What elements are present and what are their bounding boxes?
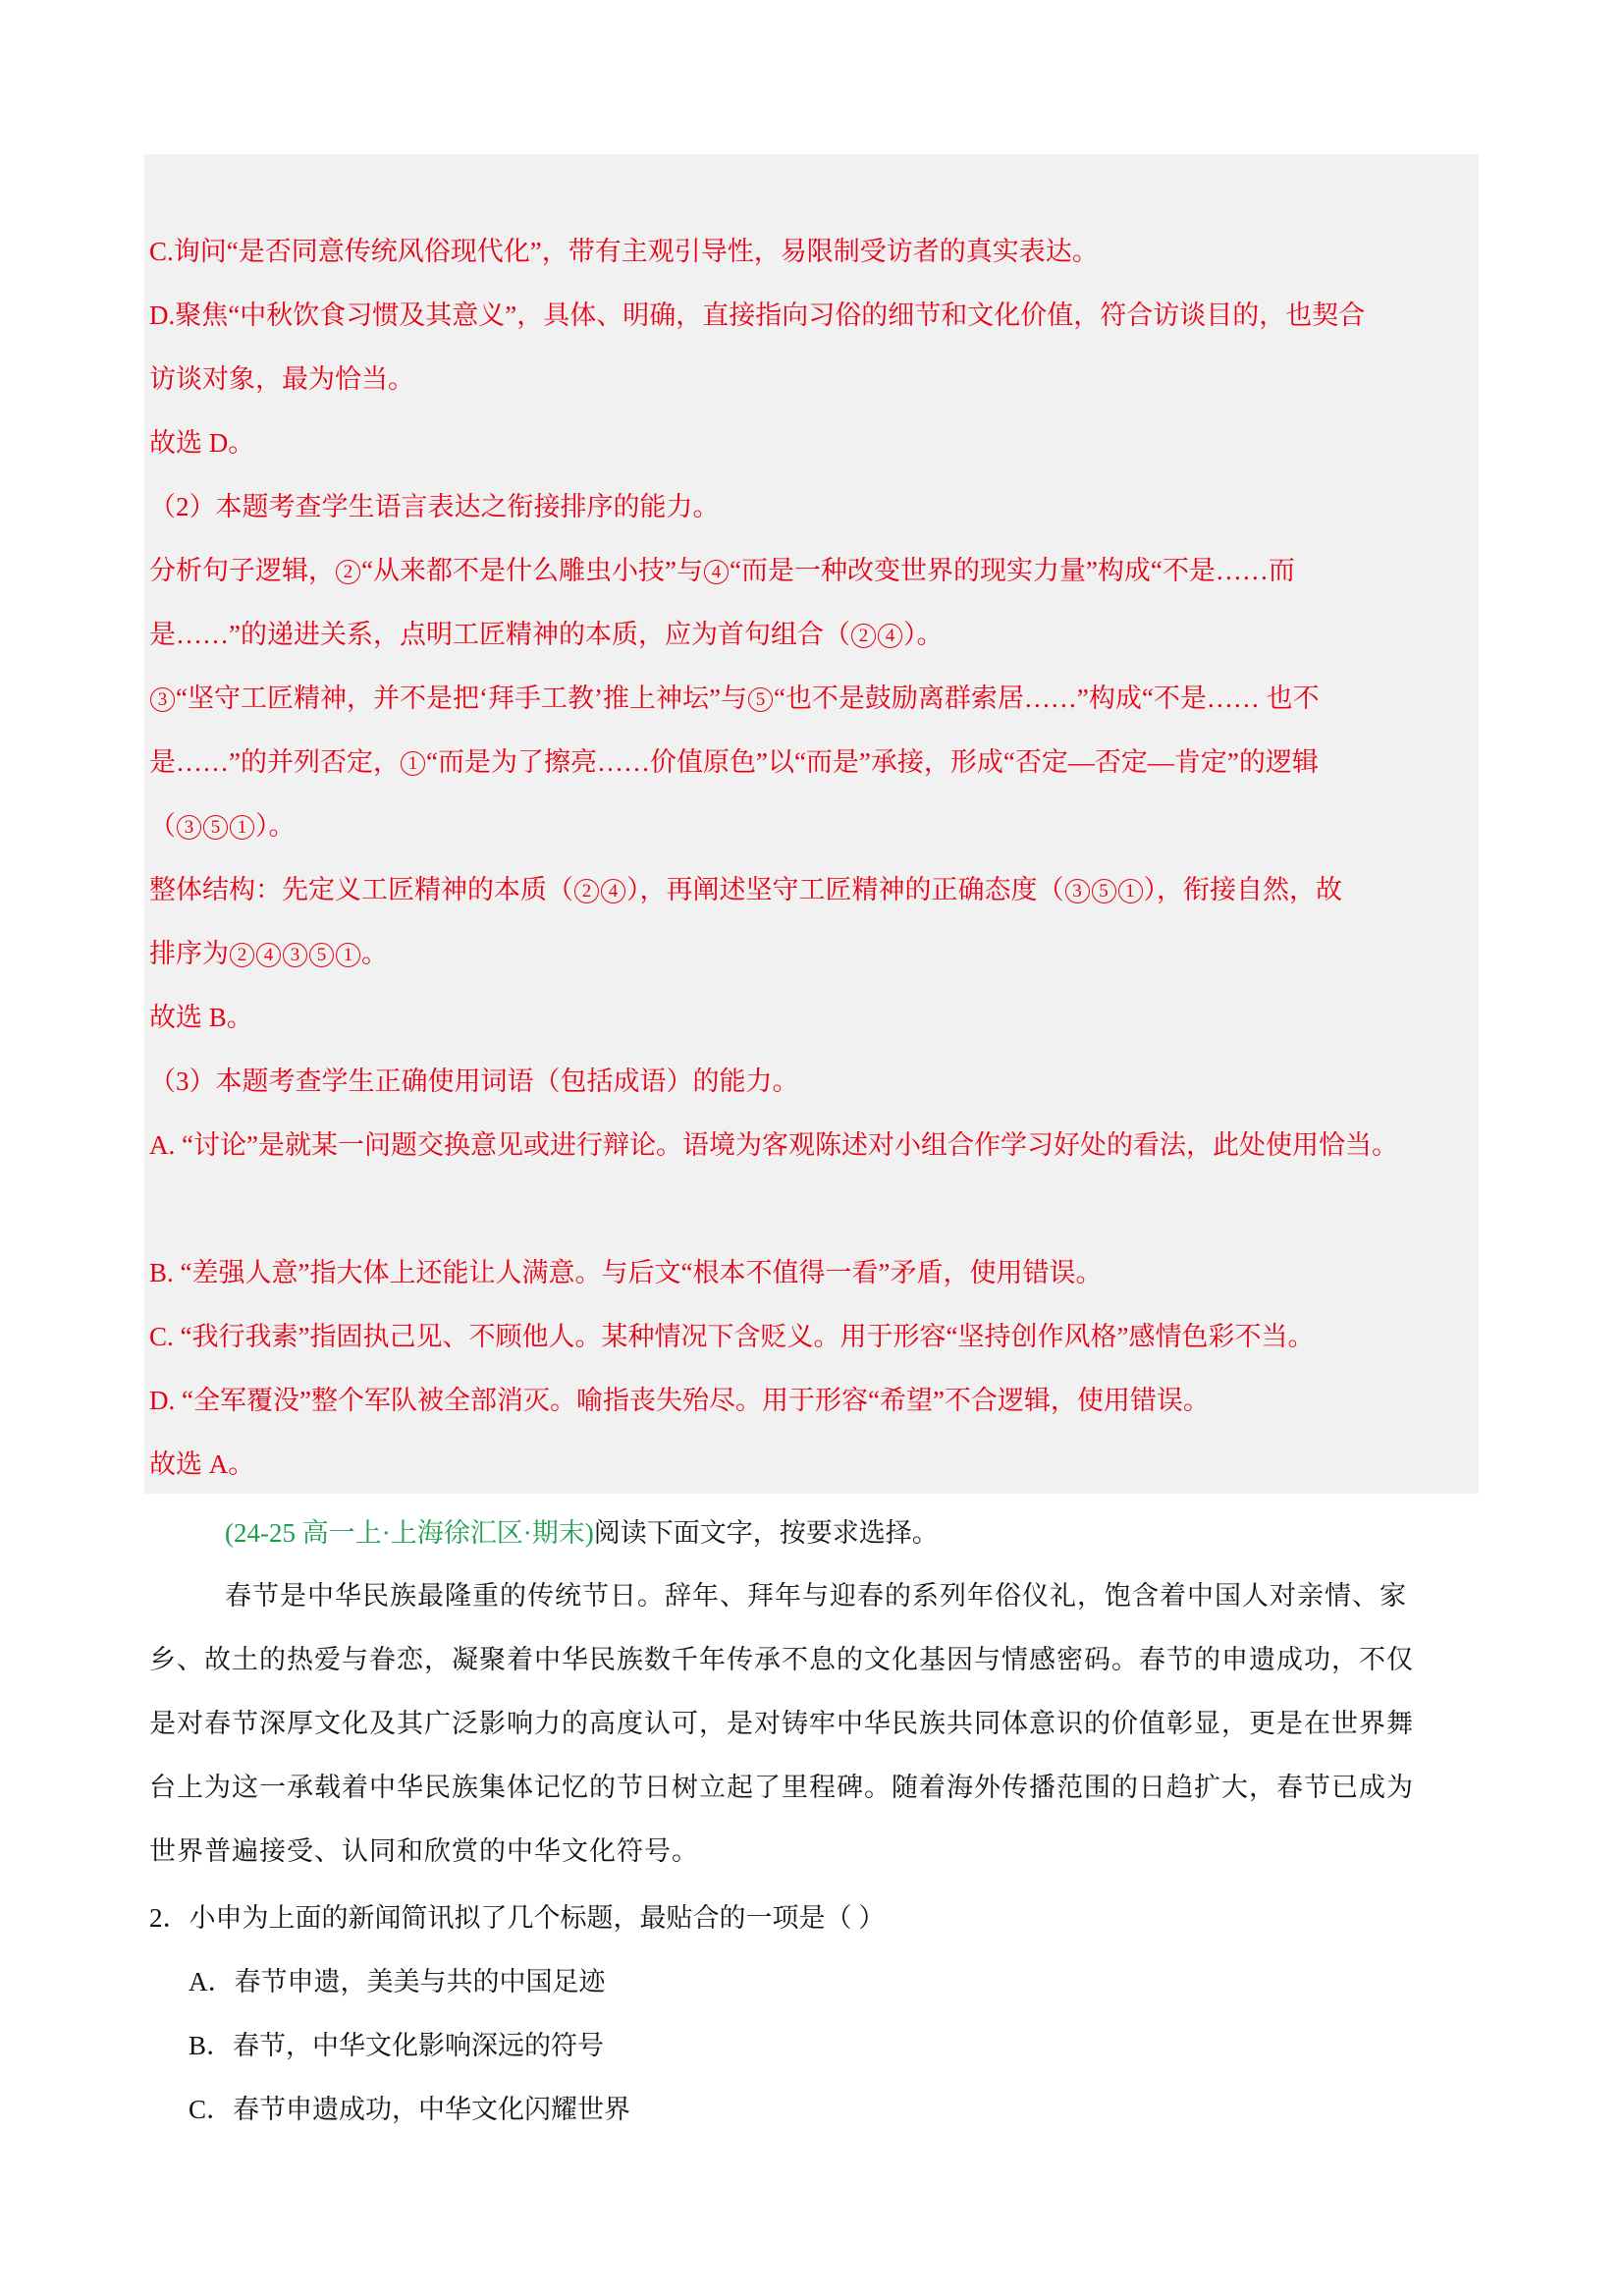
q3-heading: （3）本题考查学生正确使用词语（包括成语）的能力。 bbox=[149, 1064, 799, 1099]
circled-number-5: 5 bbox=[309, 943, 334, 967]
text: 排序为 bbox=[149, 939, 229, 968]
q2-para2-line3: （351）。 bbox=[149, 808, 296, 844]
circled-number-1: 1 bbox=[1118, 879, 1143, 903]
q1-option-c-analysis: C.询问“是否同意传统风俗现代化”，带有主观引导性，易限制受访者的真实表达。 bbox=[149, 234, 1099, 269]
circled-number-1: 1 bbox=[336, 943, 360, 967]
circled-number-3: 3 bbox=[177, 815, 201, 840]
q3-option-a-analysis: A. “讨论”是就某一问题交换意见或进行辩论。语境为客观陈述对小组合作学习好处的… bbox=[149, 1127, 1398, 1163]
passage-line-5: 世界普遍接受、认同和欣赏的中华文化符号。 bbox=[149, 1834, 699, 1870]
circled-number-2: 2 bbox=[574, 879, 599, 903]
q3-option-c-analysis: C. “我行我素”指固执己见、不顾他人。某种情况下含贬义。用于形容“坚持创作风格… bbox=[149, 1319, 1314, 1354]
text: “坚守工匠精神，并不是把‘拜手工教’推上神坛”与 bbox=[176, 683, 747, 713]
option-b: B．春节，中华文化影响深远的符号 bbox=[189, 2028, 604, 2063]
circled-number-2: 2 bbox=[230, 943, 254, 967]
circled-number-4: 4 bbox=[601, 879, 625, 903]
passage-line-3: 是对春节深厚文化及其广泛影响力的高度认可，是对铸牢中华民族共同体意识的价值彰显，… bbox=[149, 1707, 1414, 1742]
circled-number-1: 1 bbox=[401, 751, 425, 776]
q2-para1-line2: 是……”的递进关系，点明工匠精神的本质，应为首句组合（24）。 bbox=[149, 617, 943, 652]
q2-para2-line2: 是……”的并列否定，1“而是为了擦亮……价值原色”以“而是”承接，形成“否定—否… bbox=[149, 744, 1319, 780]
circled-number-5: 5 bbox=[203, 815, 228, 840]
option-a: A．春节申遗，美美与共的中国足迹 bbox=[189, 1964, 606, 1999]
question-2-stem: 2．小申为上面的新闻简讯拟了几个标题，最贴合的一项是（ ） bbox=[149, 1900, 885, 1936]
passage-line-1: 春节是中华民族最隆重的传统节日。辞年、拜年与迎春的系列年俗仪礼，饱含着中国人对亲… bbox=[225, 1579, 1407, 1614]
q3-option-b-analysis: B. “差强人意”指大体上还能让人满意。与后文“根本不值得一看”矛盾，使用错误。 bbox=[149, 1255, 1102, 1290]
q2-para3-line2: 排序为24351。 bbox=[149, 936, 388, 971]
q1-conclusion: 故选 D。 bbox=[149, 425, 254, 461]
text: 。 bbox=[361, 939, 388, 968]
circled-number-3: 3 bbox=[283, 943, 307, 967]
text: 是……”的并列否定， bbox=[149, 747, 400, 777]
circled-number-4: 4 bbox=[878, 624, 902, 648]
q1-option-d-analysis-line1: D.聚焦“中秋饮食习惯及其意义”，具体、明确，直接指向习俗的细节和文化价值，符合… bbox=[149, 298, 1365, 333]
source-tag: (24-25 高一上·上海徐汇区·期末) bbox=[225, 1518, 594, 1548]
q2-para3-line1: 整体结构：先定义工匠精神的本质（24），再阐述坚守工匠精神的正确态度（351），… bbox=[149, 872, 1342, 907]
circled-number-2: 2 bbox=[851, 624, 876, 648]
circled-number-5: 5 bbox=[748, 687, 773, 712]
passage-line-2: 乡、故土的热爱与眷恋，凝聚着中华民族数千年传承不息的文化基因与情感密码。春节的申… bbox=[149, 1643, 1414, 1678]
q3-option-d-analysis: D. “全军覆没”整个军队被全部消灭。喻指丧失殆尽。用于形容“希望”不合逻辑，使… bbox=[149, 1383, 1210, 1418]
q2-heading: （2）本题考查学生语言表达之衔接排序的能力。 bbox=[149, 489, 720, 524]
instruction-text: 阅读下面文字，按要求选择。 bbox=[594, 1518, 939, 1548]
option-c: C．春节申遗成功，中华文化闪耀世界 bbox=[189, 2092, 630, 2127]
text: “而是为了擦亮……价值原色”以“而是”承接，形成“否定—否定—肯定”的逻辑 bbox=[426, 747, 1319, 777]
circled-number-2: 2 bbox=[336, 560, 360, 584]
circled-number-3: 3 bbox=[150, 687, 175, 712]
circled-number-1: 1 bbox=[230, 815, 254, 840]
text: “也不是鼓励离群索居……”构成“不是…… 也不 bbox=[774, 683, 1320, 713]
q2-conclusion: 故选 B。 bbox=[149, 1000, 253, 1035]
q1-option-d-analysis-line2: 访谈对象，最为恰当。 bbox=[149, 361, 414, 397]
passage-line-4: 台上为这一承载着中华民族集体记忆的节日树立起了里程碑。随着海外传播范围的日趋扩大… bbox=[149, 1771, 1414, 1806]
text: ），衔接自然，故 bbox=[1144, 875, 1343, 904]
answer-analysis-box bbox=[144, 154, 1479, 1494]
text: （ bbox=[149, 811, 176, 841]
circled-number-4: 4 bbox=[256, 943, 281, 967]
q3-conclusion: 故选 A。 bbox=[149, 1447, 254, 1482]
circled-number-5: 5 bbox=[1092, 879, 1116, 903]
circled-number-3: 3 bbox=[1065, 879, 1090, 903]
circled-number-4: 4 bbox=[704, 560, 729, 584]
question-intro: (24-25 高一上·上海徐汇区·期末)阅读下面文字，按要求选择。 bbox=[225, 1515, 939, 1551]
text: “从来都不是什么雕虫小技”与 bbox=[361, 556, 703, 585]
q2-para1-line1: 分析句子逻辑，2“从来都不是什么雕虫小技”与4“而是一种改变世界的现实力量”构成… bbox=[149, 553, 1295, 588]
text: 整体结构：先定义工匠精神的本质（ bbox=[149, 875, 573, 904]
text: ）。 bbox=[903, 620, 944, 649]
text: “而是一种改变世界的现实力量”构成“不是……而 bbox=[730, 556, 1295, 585]
text: 是……”的递进关系，点明工匠精神的本质，应为首句组合（ bbox=[149, 620, 850, 649]
q2-para2-line1: 3“坚守工匠精神，并不是把‘拜手工教’推上神坛”与5“也不是鼓励离群索居……”构… bbox=[149, 681, 1320, 716]
text: ）。 bbox=[255, 811, 296, 841]
text: ），再阐述坚守工匠精神的正确态度（ bbox=[626, 875, 1064, 904]
text: 分析句子逻辑， bbox=[149, 556, 335, 585]
